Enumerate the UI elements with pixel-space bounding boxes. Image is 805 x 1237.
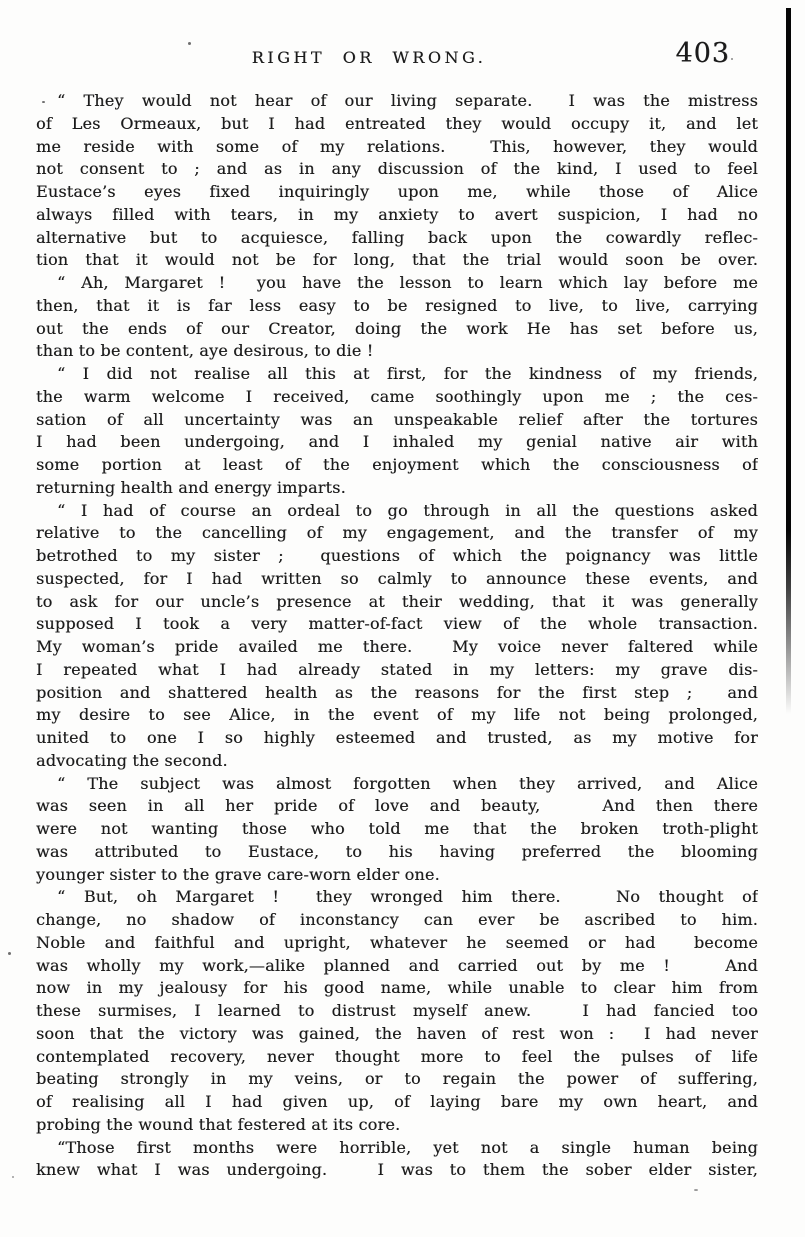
text-line: advocating the second. bbox=[36, 750, 758, 773]
text-line: Eustace’s eyes fixed inquiringly upon me… bbox=[36, 181, 758, 204]
text-line: “ But, oh Margaret ! they wronged him th… bbox=[36, 886, 758, 909]
text-line: knew what I was undergoing. I was to the… bbox=[36, 1159, 758, 1182]
text-line: to ask for our uncle’s presence at their… bbox=[36, 591, 758, 614]
paragraph: “ The subject was almost forgotten when … bbox=[36, 773, 758, 887]
text-line: some portion at least of the enjoyment w… bbox=[36, 454, 758, 477]
text-line: suspected, for I had written so calmly t… bbox=[36, 568, 758, 591]
text-line: the warm welcome I received, came soothi… bbox=[36, 386, 758, 409]
paragraph: “ Ah, Margaret ! you have the lesson to … bbox=[36, 272, 758, 363]
paragraph: “ But, oh Margaret ! they wronged him th… bbox=[36, 886, 758, 1136]
text-line: “ The subject was almost forgotten when … bbox=[36, 773, 758, 796]
text-line: returning health and energy imparts. bbox=[36, 477, 758, 500]
text-line: I had been undergoing, and I inhaled my … bbox=[36, 431, 758, 454]
scan-speck bbox=[731, 58, 733, 60]
text-line: of realising all I had given up, of layi… bbox=[36, 1091, 758, 1114]
text-line: were not wanting those who told me that … bbox=[36, 818, 758, 841]
text-line: sation of all uncertainty was an unspeak… bbox=[36, 409, 758, 432]
scan-speck bbox=[694, 1189, 698, 1191]
text-line: supposed I took a very matter-of-fact vi… bbox=[36, 613, 758, 636]
page-number: 403 bbox=[675, 38, 730, 69]
text-line: “ They would not hear of our living sepa… bbox=[36, 90, 758, 113]
text-line: change, no shadow of inconstancy can eve… bbox=[36, 909, 758, 932]
text-line: out the ends of our Creator, doing the w… bbox=[36, 318, 758, 341]
text-line: probing the wound that festered at its c… bbox=[36, 1114, 758, 1137]
text-line: always filled with tears, in my anxiety … bbox=[36, 204, 758, 227]
scan-speck bbox=[42, 101, 45, 103]
text-line: was attributed to Eustace, to his having… bbox=[36, 841, 758, 864]
text-block: “ They would not hear of our living sepa… bbox=[36, 90, 758, 1182]
text-line: now in my jealousy for his good name, wh… bbox=[36, 977, 758, 1000]
book-page: RIGHT OR WRONG. 403 “ They would not hea… bbox=[0, 0, 805, 1237]
text-line: not consent to ; and as in any discussio… bbox=[36, 158, 758, 181]
paragraph: “ I did not realise all this at first, f… bbox=[36, 363, 758, 500]
text-line: My woman’s pride availed me there. My vo… bbox=[36, 636, 758, 659]
running-title: RIGHT OR WRONG. bbox=[36, 48, 702, 67]
text-line: betrothed to my sister ; questions of wh… bbox=[36, 545, 758, 568]
text-line: was seen in all her pride of love and be… bbox=[36, 795, 758, 818]
scan-speck bbox=[8, 952, 11, 955]
paragraph: “Those first months were horrible, yet n… bbox=[36, 1137, 758, 1183]
text-line: position and shattered health as the rea… bbox=[36, 682, 758, 705]
text-line: tion that it would not be for long, that… bbox=[36, 249, 758, 272]
text-line: beating strongly in my veins, or to rega… bbox=[36, 1068, 758, 1091]
text-line: of Les Ormeaux, but I had entreated they… bbox=[36, 113, 758, 136]
text-line: my desire to see Alice, in the event of … bbox=[36, 704, 758, 727]
text-line: “Those first months were horrible, yet n… bbox=[36, 1137, 758, 1160]
text-line: alternative but to acquiesce, falling ba… bbox=[36, 227, 758, 250]
text-line: Noble and faithful and upright, whatever… bbox=[36, 932, 758, 955]
paragraph: “ They would not hear of our living sepa… bbox=[36, 90, 758, 272]
text-line: united to one I so highly esteemed and t… bbox=[36, 727, 758, 750]
text-line: me reside with some of my relations. Thi… bbox=[36, 136, 758, 159]
text-line: I repeated what I had already stated in … bbox=[36, 659, 758, 682]
text-line: “ Ah, Margaret ! you have the lesson to … bbox=[36, 272, 758, 295]
paragraph: “ I had of course an ordeal to go throug… bbox=[36, 500, 758, 773]
page-header: RIGHT OR WRONG. 403 bbox=[36, 40, 758, 76]
scan-edge-line bbox=[786, 8, 791, 714]
text-line: contemplated recovery, never thought mor… bbox=[36, 1046, 758, 1069]
scan-speck bbox=[188, 42, 191, 45]
scan-speck bbox=[12, 1176, 14, 1178]
text-line: soon that the victory was gained, the ha… bbox=[36, 1023, 758, 1046]
text-line: these surmises, I learned to distrust my… bbox=[36, 1000, 758, 1023]
text-line: younger sister to the grave care-worn el… bbox=[36, 864, 758, 887]
text-line: “ I had of course an ordeal to go throug… bbox=[36, 500, 758, 523]
text-line: “ I did not realise all this at first, f… bbox=[36, 363, 758, 386]
text-line: relative to the cancelling of my engagem… bbox=[36, 522, 758, 545]
text-line: than to be content, aye desirous, to die… bbox=[36, 340, 758, 363]
text-line: was wholly my work,—alike planned and ca… bbox=[36, 955, 758, 978]
text-line: then, that it is far less easy to be res… bbox=[36, 295, 758, 318]
